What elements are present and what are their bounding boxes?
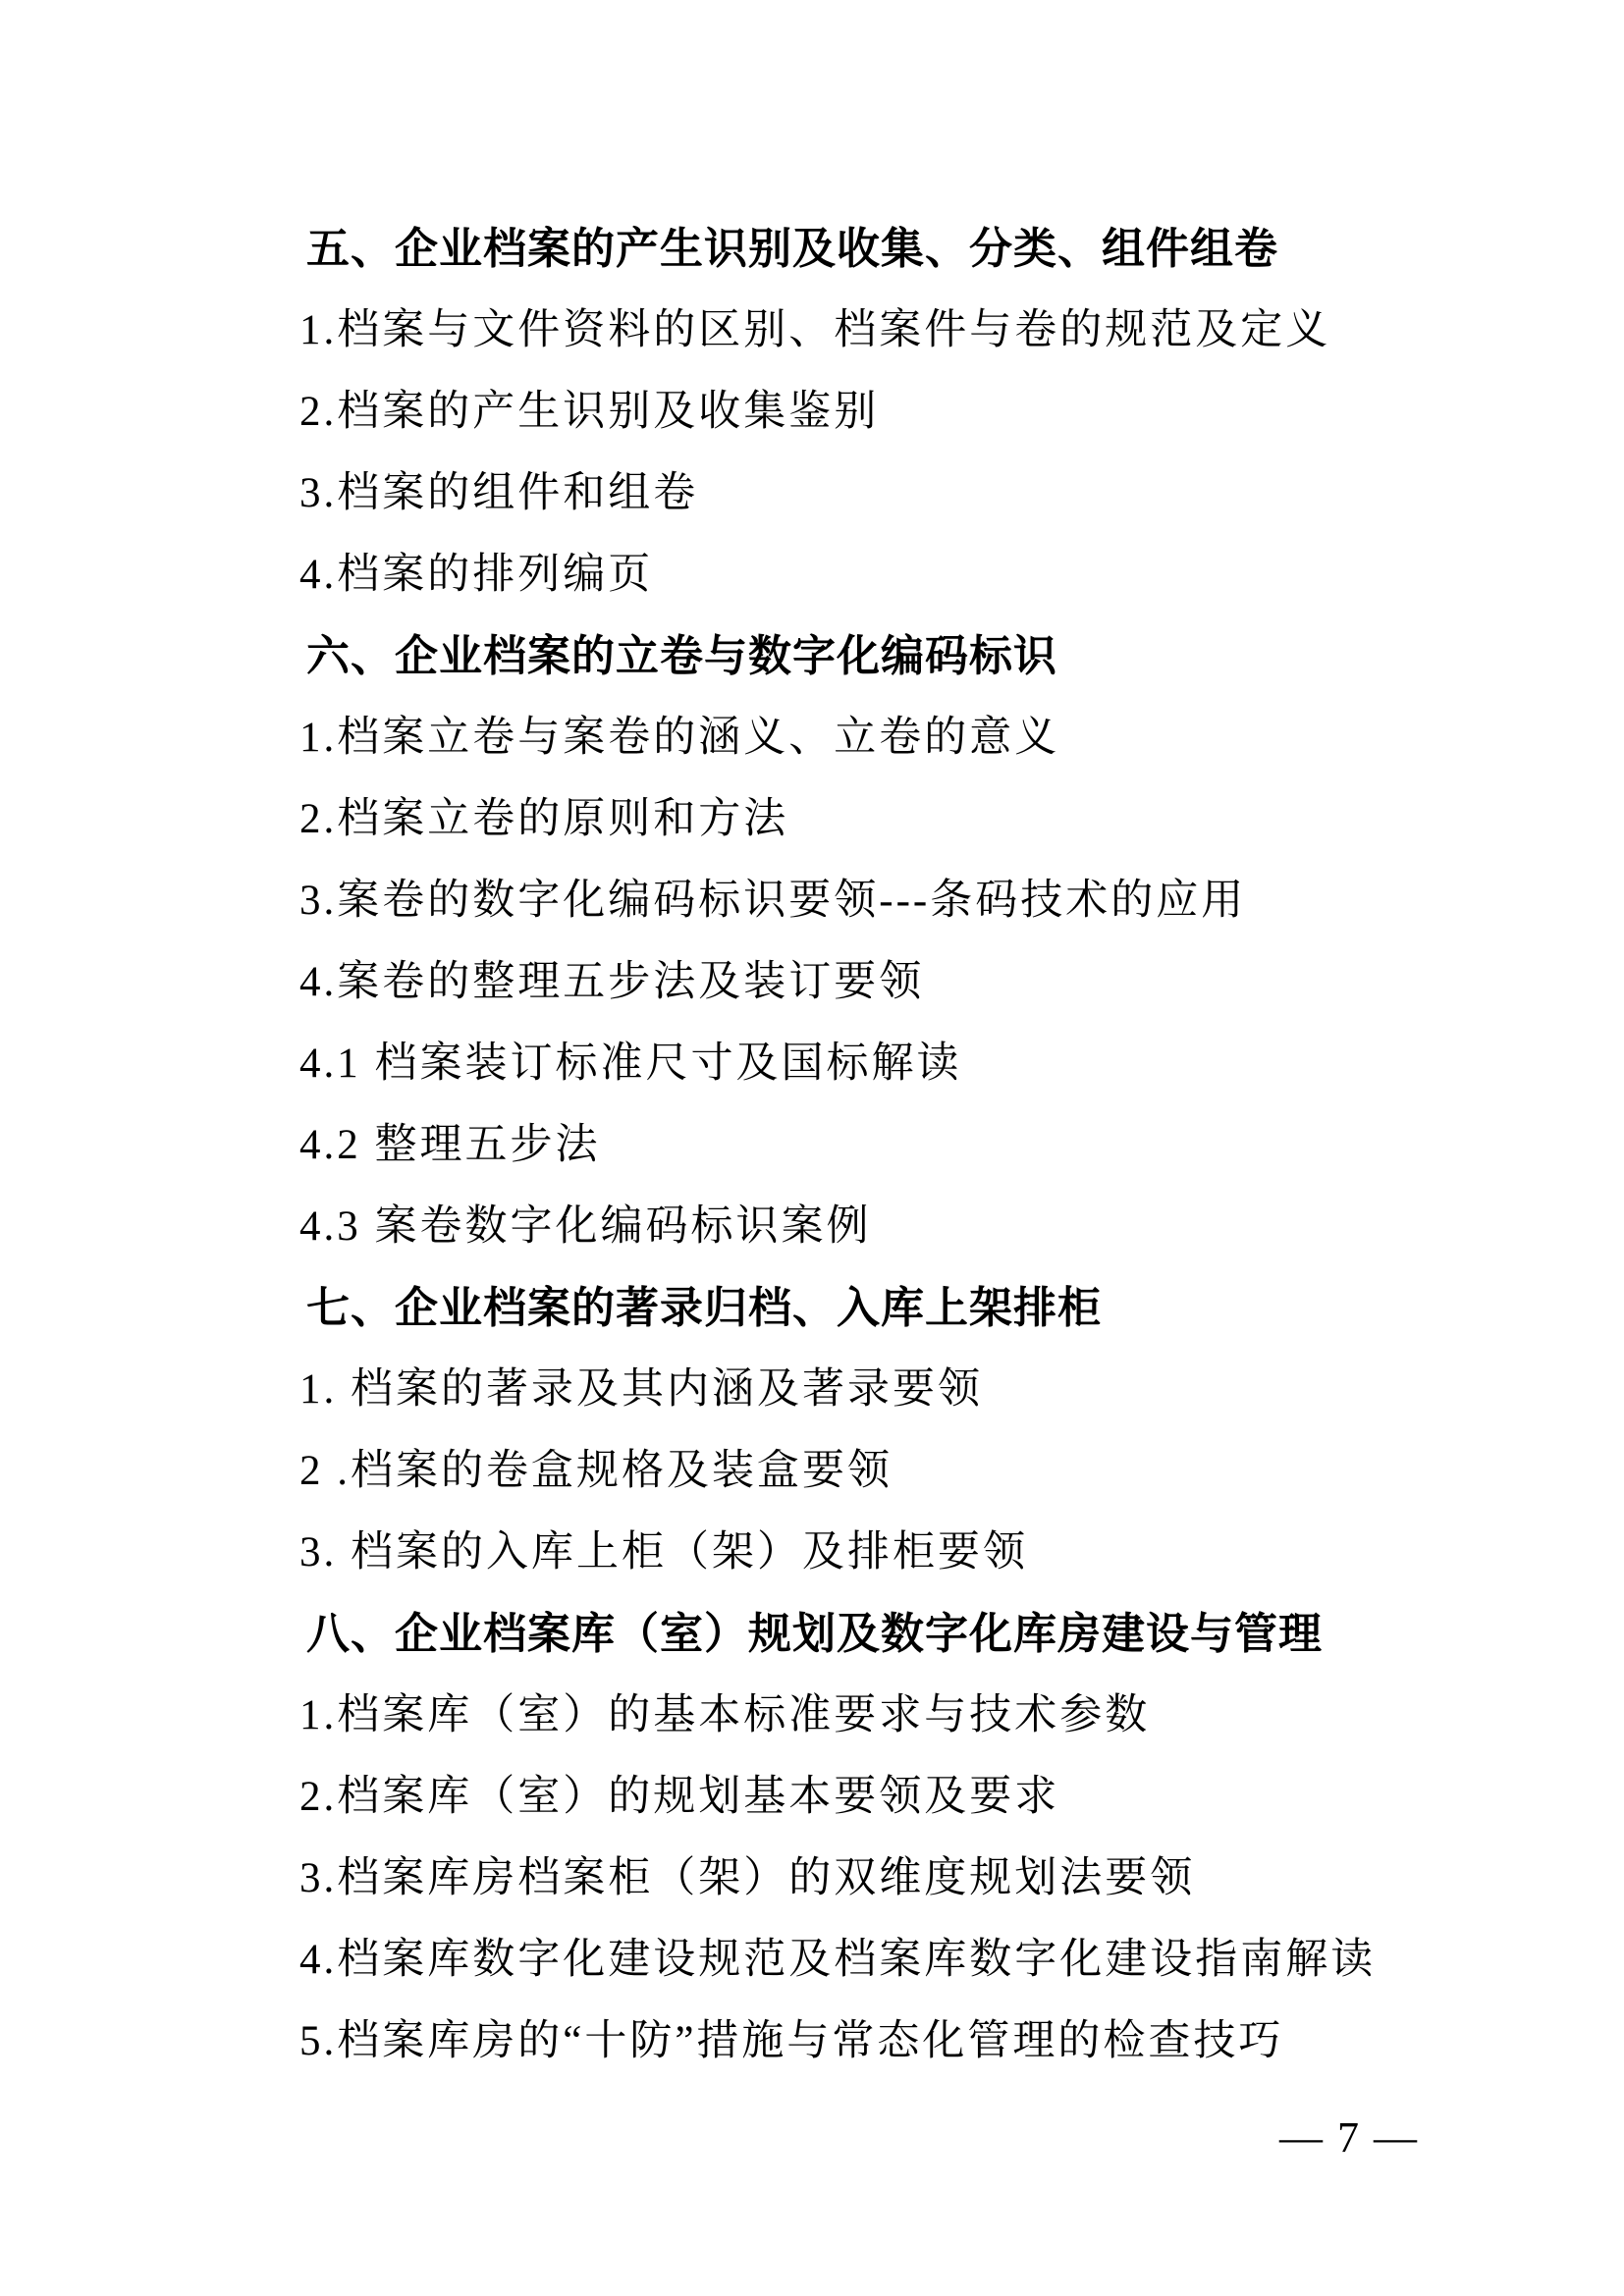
outline-item: 4.2 整理五步法 [299,1104,1458,1186]
outline-item: 4.1 档案装订标准尺寸及国标解读 [299,1023,1458,1104]
outline-item: 4.案卷的整理五步法及装订要领 [299,941,1458,1023]
section-heading: 八、企业档案库（室）规划及数字化库房建设与管理 [299,1593,1458,1675]
document-outline: 五、企业档案的产生识别及收集、分类、组件组卷 1.档案与文件资料的区别、档案件与… [299,208,1458,2082]
document-page: 五、企业档案的产生识别及收集、分类、组件组卷 1.档案与文件资料的区别、档案件与… [0,0,1624,2296]
outline-item: 5.档案库房的“十防”措施与常态化管理的检查技巧 [299,2001,1458,2082]
outline-item: 4.档案的排列编页 [299,534,1458,615]
outline-item: 3.档案库房档案柜（架）的双维度规划法要领 [299,1838,1458,1919]
outline-item: 1.档案库（室）的基本标准要求与技术参数 [299,1675,1458,1756]
outline-item: 3.案卷的数字化编码标识要领---条码技术的应用 [299,860,1458,941]
outline-item: 2.档案库（室）的规划基本要领及要求 [299,1756,1458,1838]
outline-item: 4.档案库数字化建设规范及档案库数字化建设指南解读 [299,1919,1458,2001]
outline-item: 3. 档案的入库上柜（架）及排柜要领 [299,1512,1458,1593]
outline-item: 3.档案的组件和组卷 [299,453,1458,534]
outline-item: 4.3 案卷数字化编码标识案例 [299,1186,1458,1267]
outline-item: 1.档案与文件资料的区别、档案件与卷的规范及定义 [299,290,1458,371]
outline-item: 2 .档案的卷盒规格及装盒要领 [299,1430,1458,1512]
section-heading: 七、企业档案的著录归档、入库上架排柜 [299,1267,1458,1349]
outline-item: 2.档案的产生识别及收集鉴别 [299,371,1458,453]
outline-item: 2.档案立卷的原则和方法 [299,778,1458,860]
section-heading: 五、企业档案的产生识别及收集、分类、组件组卷 [299,208,1458,290]
page-number: — 7 — [1279,2109,1419,2167]
section-heading: 六、企业档案的立卷与数字化编码标识 [299,615,1458,697]
outline-item: 1. 档案的著录及其内涵及著录要领 [299,1349,1458,1430]
outline-item: 1.档案立卷与案卷的涵义、立卷的意义 [299,697,1458,778]
